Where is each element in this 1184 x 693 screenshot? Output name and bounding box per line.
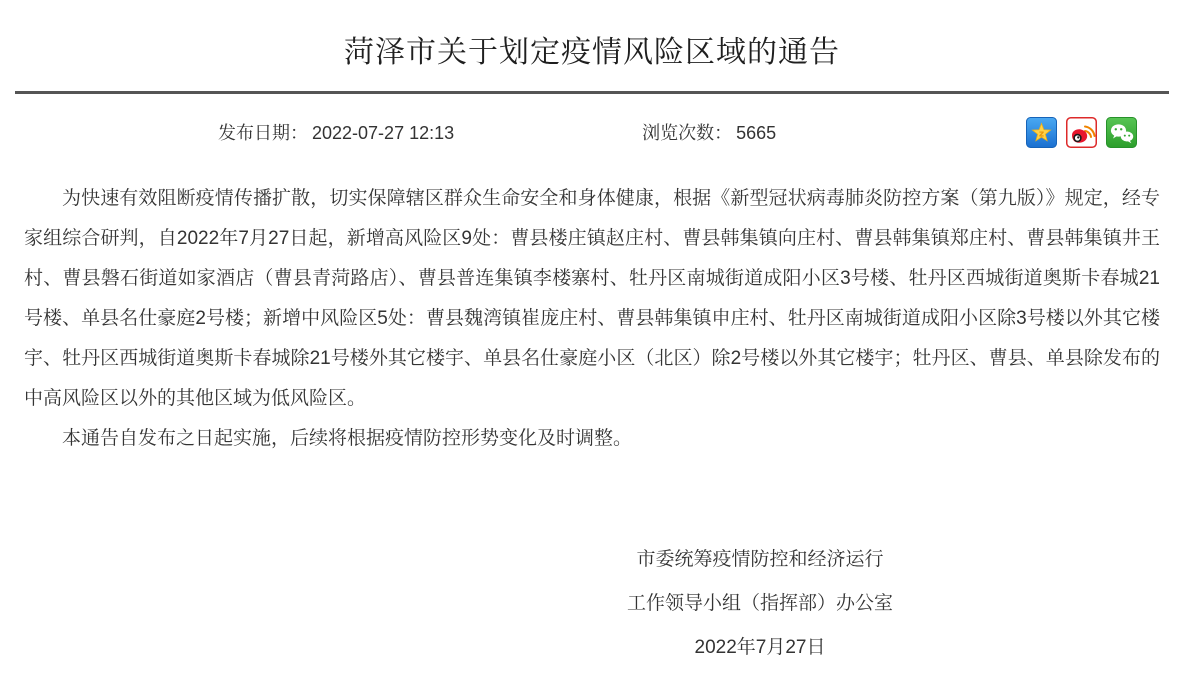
view-count-label: 浏览次数： — [642, 123, 732, 143]
meta-row: 发布日期：2022-07-27 12:13 浏览次数：5665 z — [0, 115, 1184, 149]
body-paragraph-1: 为快速有效阻断疫情传播扩散，切实保障辖区群众生命安全和身体健康，根据《新型冠状病… — [24, 179, 1160, 419]
publish-date-value: 2022-07-27 12:13 — [312, 123, 454, 143]
signature-block: 市委统筹疫情防控和经济运行 工作领导小组（指挥部）办公室 2022年7月27日 — [560, 538, 960, 670]
weibo-share-icon[interactable] — [1066, 117, 1097, 148]
publish-date-label: 发布日期： — [218, 123, 308, 143]
page-title: 菏泽市关于划定疫情风险区域的通告 — [0, 0, 1184, 74]
signature-line-2: 工作领导小组（指挥部）办公室 — [560, 582, 960, 626]
publish-date: 发布日期：2022-07-27 12:13 — [218, 119, 454, 145]
view-count: 浏览次数：5665 — [642, 119, 776, 145]
signature-line-1: 市委统筹疫情防控和经济运行 — [560, 538, 960, 582]
svg-text:z: z — [1039, 129, 1044, 139]
signature-date: 2022年7月27日 — [560, 626, 960, 670]
notice-page: 菏泽市关于划定疫情风险区域的通告 发布日期：2022-07-27 12:13 浏… — [0, 0, 1184, 693]
wechat-share-icon[interactable] — [1106, 117, 1137, 148]
title-divider — [15, 91, 1169, 94]
article-body: 为快速有效阻断疫情传播扩散，切实保障辖区群众生命安全和身体健康，根据《新型冠状病… — [24, 179, 1160, 459]
body-paragraph-2: 本通告自发布之日起实施，后续将根据疫情防控形势变化及时调整。 — [24, 419, 1160, 459]
qzone-share-icon[interactable]: z — [1026, 117, 1057, 148]
view-count-value: 5665 — [736, 123, 776, 143]
share-icon-bar: z — [1026, 117, 1137, 148]
